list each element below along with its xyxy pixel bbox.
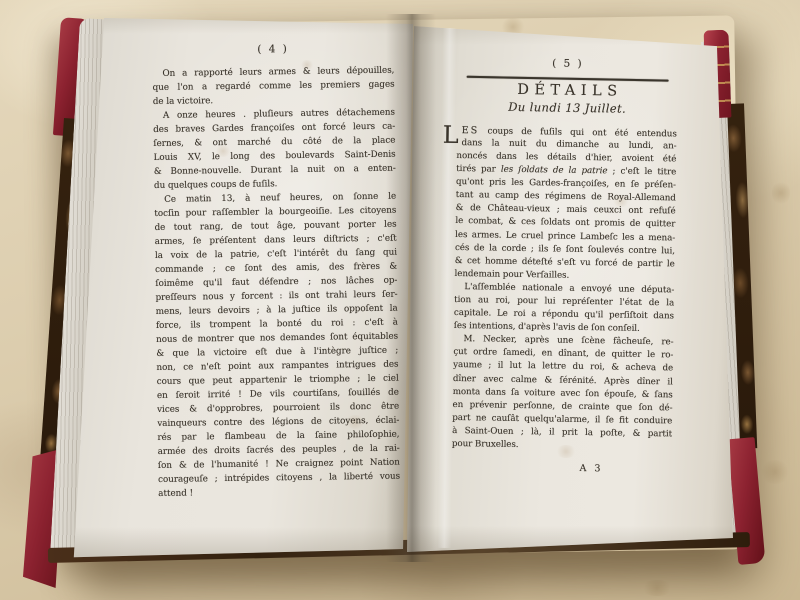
italic-phrase: les ſoldats de la patrie [501,165,608,177]
page-4-folio: ( 4 ) [152,41,394,58]
header-rule [467,76,669,81]
drop-cap: L [443,124,462,146]
photo-of-open-book-on-countertop: { "colors": { "countertop": "#dccdae", "… [0,0,800,600]
text-line-fragment: tirés par [456,164,501,175]
section-date: Du lundi 13 Juillet. [457,100,677,117]
countertop-texture-spot [640,580,674,596]
countertop-texture-spot [760,460,790,484]
countertop-texture-spot [772,180,790,206]
page-4-text-block: ( 4 ) On a rapporté leurs armes & leurs … [152,41,400,501]
text-line-fragment: ; c'eſt le titre [607,166,676,177]
section-title: DÉTAILS [457,83,677,100]
opening-capitals: ES [462,125,480,136]
red-leather-spine-top-right [703,30,731,119]
page-5-folio: ( 5 ) [458,56,678,73]
page-5-text-block: ( 5 ) DÉTAILS Du lundi 13 Juillet. L ES … [451,56,678,477]
